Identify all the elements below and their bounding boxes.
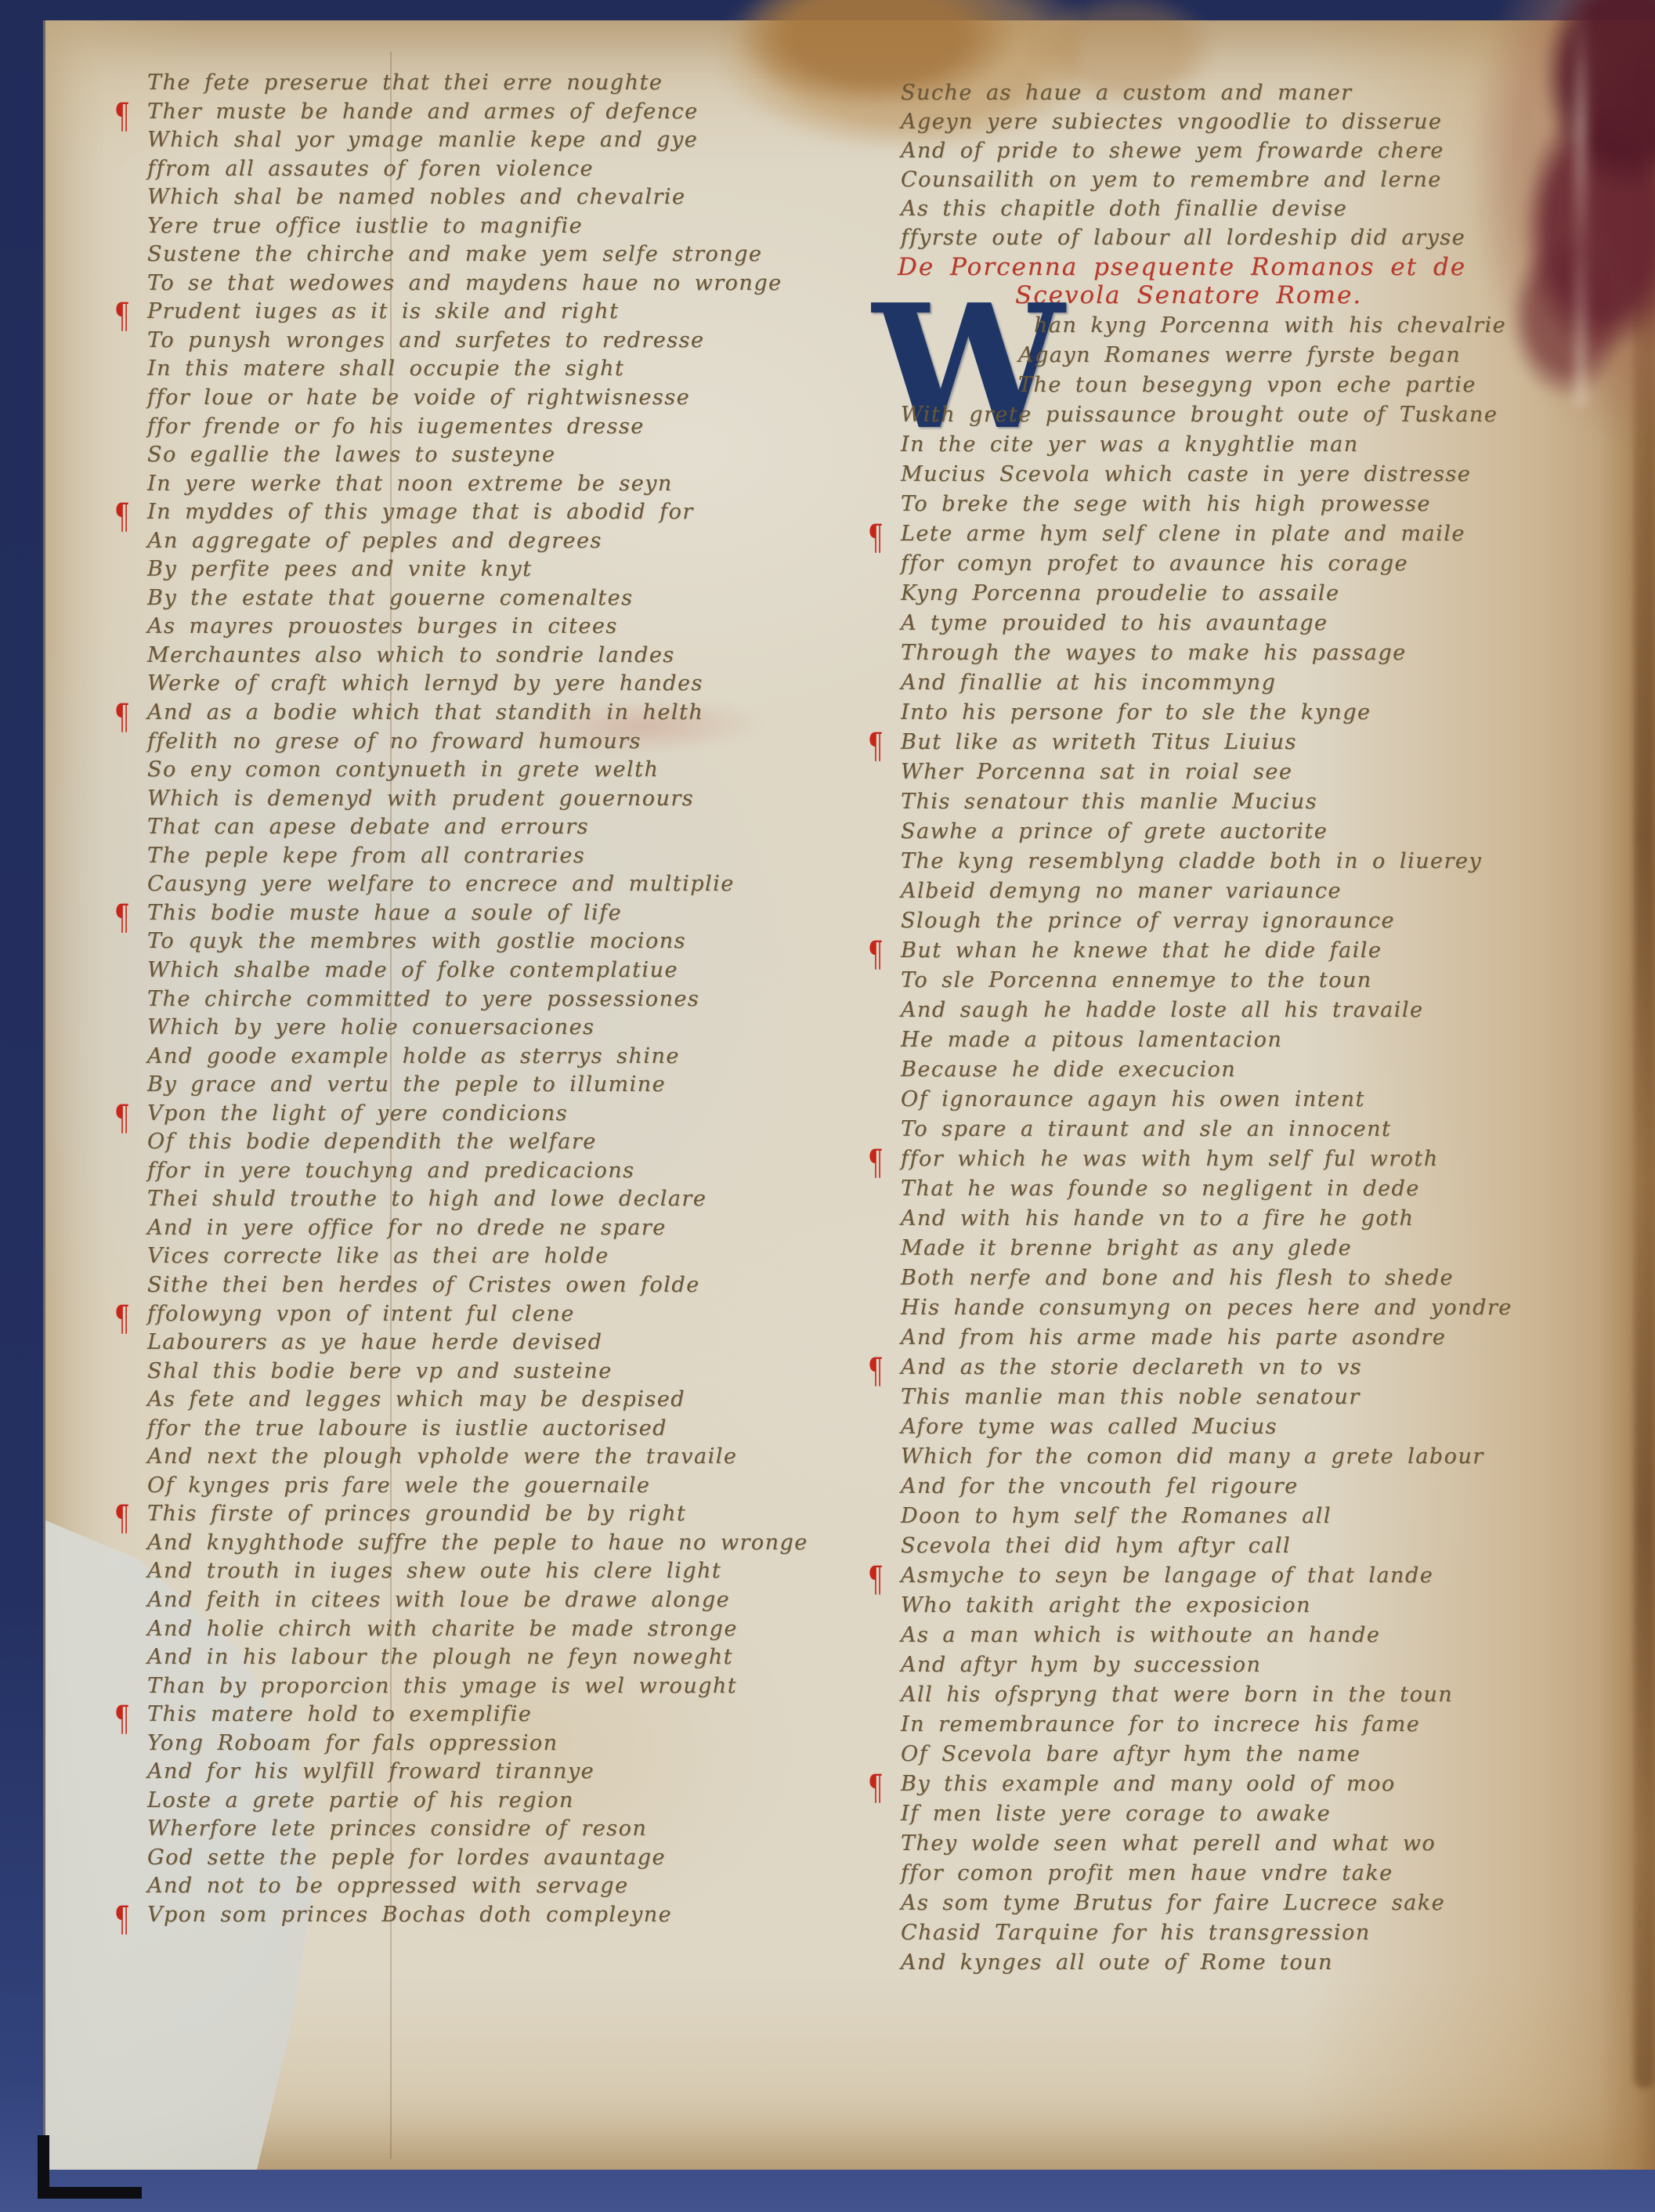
verse-line: That he was founde so negligent in dede xyxy=(871,1174,1654,1204)
line-text: Sustene the chirche and make yem selfe s… xyxy=(147,242,762,266)
verse-line: Which by yere holie conuersaciones xyxy=(117,1014,862,1043)
line-text: By grace and vertu the peple to illumine xyxy=(147,1072,666,1097)
verse-line: They wolde seen what perell and what wo xyxy=(871,1829,1654,1859)
verse-line: ¶This firste of princes groundid be by r… xyxy=(117,1500,862,1529)
line-text: ffor which he was with hym self ful wrot… xyxy=(901,1147,1439,1171)
verse-line: Chasid Tarquine for his transgression xyxy=(871,1918,1654,1948)
verse-line: Loste a grete partie of his region xyxy=(117,1787,862,1816)
line-text: As a man which is withoute an hande xyxy=(901,1623,1380,1647)
line-text: But whan he knewe that he dide faile xyxy=(901,938,1382,963)
line-text: If men liste yere corage to awake xyxy=(901,1802,1331,1826)
line-text: Of Scevola bare aftyr hym the name xyxy=(901,1742,1360,1766)
verse-line: God sette the peple for lordes avauntage xyxy=(117,1844,862,1873)
line-text: In the cite yer was a knyghtlie man xyxy=(901,432,1359,457)
verse-line: By perfite pees and vnite knyt xyxy=(117,555,862,584)
line-text: Albeid demyng no maner variaunce xyxy=(901,879,1342,903)
line-text: Sawhe a prince of grete auctorite xyxy=(901,819,1328,844)
verse-line: The peple kepe from all contraries xyxy=(117,842,862,871)
line-text: Doon to hym self the Romanes all xyxy=(901,1504,1332,1528)
verse-column-left: The fete preserue that thei erre noughte… xyxy=(117,69,862,1930)
line-text: ffolowyng vpon of intent ful clene xyxy=(147,1302,575,1326)
line-text: Which shal be named nobles and chevalrie xyxy=(147,185,686,209)
line-text: Vices correcte like as thei are holde xyxy=(147,1244,609,1268)
verse-line: And knyghthode suffre the peple to haue … xyxy=(117,1529,862,1558)
verse-line: Both nerfe and bone and his flesh to she… xyxy=(871,1263,1654,1293)
line-text: And trouth in iuges shew oute his clere … xyxy=(147,1559,721,1583)
line-text: ffyrste oute of labour all lordeship did… xyxy=(901,226,1465,250)
line-text: Which by yere holie conuersaciones xyxy=(147,1015,594,1039)
line-text: Into his persone for to sle the kynge xyxy=(901,700,1371,725)
verse-line: Counsailith on yem to remembre and lerne xyxy=(871,165,1639,194)
line-text: This matere hold to exemplifie xyxy=(147,1702,532,1726)
verse-line: And from his arme made his parte asondre xyxy=(871,1323,1654,1353)
line-text: And as a bodie which that standith in he… xyxy=(147,700,703,725)
verse-line: His hande consumyng on peces here and yo… xyxy=(871,1293,1654,1323)
line-text: Loste a grete partie of his region xyxy=(147,1788,574,1813)
verse-line: Merchauntes also which to sondrie landes xyxy=(117,642,862,670)
line-text: To se that wedowes and maydens haue no w… xyxy=(147,271,782,295)
line-text: Thei shuld trouthe to high and lowe decl… xyxy=(147,1187,706,1211)
verse-line: ¶And as the storie declareth vn to vs xyxy=(871,1353,1654,1382)
line-text: To punysh wronges and surfetes to redres… xyxy=(147,328,704,352)
pilcrow-mark: ¶ xyxy=(114,1903,131,1938)
line-text: An aggregate of peples and degrees xyxy=(147,529,602,553)
verse-line: ¶Lete arme hym self clene in plate and m… xyxy=(871,519,1654,549)
line-text: Scevola thei did hym aftyr call xyxy=(901,1534,1291,1558)
verse-line: ffyrste oute of labour all lordeship did… xyxy=(871,223,1639,252)
verse-line: Sawhe a prince of grete auctorite xyxy=(871,817,1654,847)
verse-line: Which is demenyd with prudent gouernours xyxy=(117,785,862,814)
line-text: And saugh he hadde loste all his travail… xyxy=(901,998,1423,1022)
line-text: Yong Roboam for fals oppression xyxy=(147,1731,558,1755)
line-text: Both nerfe and bone and his flesh to she… xyxy=(901,1266,1454,1290)
line-text: Who takith aright the exposicion xyxy=(901,1593,1311,1617)
line-text: Which shal yor ymage manlie kepe and gye xyxy=(147,128,698,152)
line-text: In this matere shall occupie the sight xyxy=(147,356,624,381)
verse-line: Of ignoraunce agayn his owen intent xyxy=(871,1085,1654,1115)
verse-line: Of Scevola bare aftyr hym the name xyxy=(871,1740,1654,1769)
line-text: And next the plough vpholde were the tra… xyxy=(147,1444,737,1469)
verse-line: To se that wedowes and maydens haue no w… xyxy=(117,269,862,298)
verse-line: This senatour this manlie Mucius xyxy=(871,787,1654,817)
line-text: And as the storie declareth vn to vs xyxy=(901,1355,1362,1379)
line-text: Counsailith on yem to remembre and lerne xyxy=(901,168,1442,192)
line-text: Chasid Tarquine for his transgression xyxy=(901,1921,1371,1945)
verse-line: And holie chirch with charite be made st… xyxy=(117,1615,862,1644)
line-text: Ther muste be hande and armes of defence xyxy=(147,99,699,124)
verse-line: The toun besegyng vpon eche partie xyxy=(871,370,1654,400)
verse-line: Which shal yor ymage manlie kepe and gye xyxy=(117,126,862,155)
verse-line: ¶But like as writeth Titus Liuius xyxy=(871,728,1654,757)
verse-line: Yere true office iustlie to magnifie xyxy=(117,212,862,241)
verse-line: Shal this bodie bere vp and susteine xyxy=(117,1357,862,1386)
manuscript-photo: { "colors":{ "border_navy":"#243061","pa… xyxy=(0,0,1655,2212)
line-text: Through the wayes to make his passage xyxy=(901,641,1407,665)
line-text: To sle Porcenna ennemye to the toun xyxy=(901,968,1372,992)
verse-line: To punysh wronges and surfetes to redres… xyxy=(117,327,862,356)
verse-line: And kynges all oute of Rome toun xyxy=(871,1948,1654,1978)
verse-line: To breke the sege with his high prowesse xyxy=(871,490,1654,519)
line-text: ffrom all assautes of foren violence xyxy=(147,157,594,181)
line-text: The chirche committed to yere possession… xyxy=(147,987,699,1011)
line-text: Causyng yere welfare to encrece and mult… xyxy=(147,872,735,896)
verse-line: Who takith aright the exposicion xyxy=(871,1591,1654,1621)
verse-line: Which for the comon did many a grete lab… xyxy=(871,1442,1654,1472)
verse-line: Of this bodie dependith the welfare xyxy=(117,1128,862,1157)
line-text: And kynges all oute of Rome toun xyxy=(901,1950,1333,1975)
verse-line: In remembraunce for to increce his fame xyxy=(871,1710,1654,1740)
verse-line: And trouth in iuges shew oute his clere … xyxy=(117,1557,862,1586)
verse-line: And finallie at his incommyng xyxy=(871,668,1654,698)
verse-line: All his ofspryng that were born in the t… xyxy=(871,1680,1654,1710)
verse-line: ¶In myddes of this ymage that is abodid … xyxy=(117,498,862,527)
line-text: And goode example holde as sterrys shine xyxy=(147,1044,680,1068)
verse-line: And not to be oppressed with servage xyxy=(117,1872,862,1901)
line-text: Than by proporcion this ymage is wel wro… xyxy=(147,1674,737,1698)
verse-line: And for his wylfill froward tirannye xyxy=(117,1758,862,1787)
verse-line: As fete and legges which may be despised xyxy=(117,1386,862,1415)
line-text: ffelith no grese of no froward humours xyxy=(147,729,641,754)
verse-line: han kyng Porcenna with his chevalrie xyxy=(871,311,1654,341)
verse-line: Mucius Scevola which caste in yere distr… xyxy=(871,460,1654,490)
verse-line: Which shalbe made of folke contemplatiue xyxy=(117,956,862,985)
line-text: The fete preserue that thei erre noughte xyxy=(147,70,663,95)
line-text: The kyng resemblyng cladde both in o liu… xyxy=(901,849,1482,873)
line-text: Agayn Romanes werre fyrste began xyxy=(1018,343,1461,367)
verse-line: And goode example holde as sterrys shine xyxy=(117,1043,862,1072)
line-text: ffor frende or fo his iugementes dresse xyxy=(147,414,645,439)
line-text: To quyk the membres with gostlie mocions xyxy=(147,929,686,953)
verse-line: By the estate that gouerne comenaltes xyxy=(117,584,862,613)
line-text: So eny comon contynueth in grete welth xyxy=(147,757,659,782)
line-text: And with his hande vn to a fire he goth xyxy=(901,1206,1414,1231)
verse-line: Into his persone for to sle the kynge xyxy=(871,698,1654,728)
line-text: As mayres prouostes burges in citees xyxy=(147,614,618,638)
verse-line: And feith in citees with loue be drawe a… xyxy=(117,1586,862,1615)
verse-line: Wher Porcenna sat in roial see xyxy=(871,757,1654,787)
verse-line: That can apese debate and errours xyxy=(117,813,862,842)
verse-line: Werke of craft which lernyd by yere hand… xyxy=(117,670,862,699)
line-text: In remembraunce for to increce his fame xyxy=(901,1712,1420,1737)
line-text: By perfite pees and vnite knyt xyxy=(147,557,532,581)
verse-line: By grace and vertu the peple to illumine xyxy=(117,1071,862,1100)
line-text: Of kynges pris fare wele the gouernaile xyxy=(147,1473,650,1498)
verse-line: Thei shuld trouthe to high and lowe decl… xyxy=(117,1185,862,1214)
line-text: Werke of craft which lernyd by yere hand… xyxy=(147,671,703,696)
verse-line: If men liste yere corage to awake xyxy=(871,1799,1654,1829)
verse-line: ffelith no grese of no froward humours xyxy=(117,728,862,757)
line-text: In myddes of this ymage that is abodid f… xyxy=(147,500,694,524)
line-text: Merchauntes also which to sondrie landes xyxy=(147,643,675,667)
line-text: Which is demenyd with prudent gouernours xyxy=(147,786,694,811)
line-text: To spare a tiraunt and sle an innocent xyxy=(901,1117,1391,1141)
line-text: That he was founde so negligent in dede xyxy=(901,1176,1420,1201)
verse-column-right-main: han kyng Porcenna with his chevalrieAgay… xyxy=(871,311,1654,1978)
line-text: They wolde seen what perell and what wo xyxy=(901,1831,1436,1856)
verse-line: ffor comyn profet to avaunce his corage xyxy=(871,549,1654,579)
line-text: And holie chirch with charite be made st… xyxy=(147,1617,738,1641)
line-text: Prudent iuges as it is skile and right xyxy=(147,299,619,323)
line-text: Vpon the light of yere condicions xyxy=(147,1101,568,1126)
verse-line: And in yere office for no drede ne spare xyxy=(117,1214,862,1243)
verse-line: Sustene the chirche and make yem selfe s… xyxy=(117,240,862,269)
line-text: To breke the sege with his high prowesse xyxy=(901,492,1431,516)
verse-line: Labourers as ye haue herde devised xyxy=(117,1328,862,1357)
line-text: Labourers as ye haue herde devised xyxy=(147,1330,602,1354)
line-text: And for the vncouth fel rigoure xyxy=(901,1474,1299,1498)
line-text: And in his labour the plough ne feyn now… xyxy=(147,1645,733,1669)
verse-line: And for the vncouth fel rigoure xyxy=(871,1472,1654,1502)
verse-line: ¶This bodie muste haue a soule of life xyxy=(117,899,862,928)
verse-line: ¶Vpon som princes Bochas doth compleyne xyxy=(117,1901,862,1930)
line-text: han kyng Porcenna with his chevalrie xyxy=(1034,313,1506,338)
line-text: And not to be oppressed with servage xyxy=(147,1874,629,1898)
verse-line: As a man which is withoute an hande xyxy=(871,1621,1654,1650)
verse-line: To quyk the membres with gostlie mocions xyxy=(117,927,862,956)
verse-line: ¶ffolowyng vpon of intent ful clene xyxy=(117,1300,862,1329)
verse-line: ffor in yere touchyng and predicacions xyxy=(117,1157,862,1186)
verse-line: Agayn Romanes werre fyrste began xyxy=(871,341,1654,370)
line-text: Mucius Scevola which caste in yere distr… xyxy=(901,462,1471,486)
line-text: ffor comon profit men haue vndre take xyxy=(901,1861,1393,1885)
verse-line: To sle Porcenna ennemye to the toun xyxy=(871,966,1654,996)
verse-line: With grete puissaunce brought oute of Tu… xyxy=(871,400,1654,430)
verse-line: Which shal be named nobles and chevalrie xyxy=(117,183,862,212)
line-text: Of this bodie dependith the welfare xyxy=(147,1129,597,1154)
line-text: And from his arme made his parte asondre xyxy=(901,1325,1446,1350)
verse-line: And with his hande vn to a fire he goth xyxy=(871,1204,1654,1234)
line-text: And knyghthode suffre the peple to haue … xyxy=(147,1531,808,1555)
line-text: And feith in citees with loue be drawe a… xyxy=(147,1588,730,1612)
verse-line: ¶Vpon the light of yere condicions xyxy=(117,1100,862,1129)
verse-line: Ageyn yere subiectes vngoodlie to disser… xyxy=(871,107,1639,136)
verse-line: Causyng yere welfare to encrece and mult… xyxy=(117,870,862,899)
verse-line: He made a pitous lamentacion xyxy=(871,1025,1654,1055)
verse-line: ffor frende or fo his iugementes dresse xyxy=(117,413,862,442)
verse-line: This manlie man this noble senatour xyxy=(871,1382,1654,1412)
verse-column-right-intro: Suche as haue a custom and manerAgeyn ye… xyxy=(871,78,1639,252)
line-text: In yere werke that noon extreme be seyn xyxy=(147,472,673,496)
verse-line: ¶This matere hold to exemplifie xyxy=(117,1701,862,1729)
line-text: And of pride to shewe yem frowarde chere xyxy=(901,139,1444,163)
line-text: ffor comyn profet to avaunce his corage xyxy=(901,551,1408,576)
line-text: Shal this bodie bere vp and susteine xyxy=(147,1359,612,1383)
verse-line: Slough the prince of verray ignoraunce xyxy=(871,906,1654,936)
verse-line: In this matere shall occupie the sight xyxy=(117,355,862,384)
verse-line: Afore tyme was called Mucius xyxy=(871,1412,1654,1442)
verse-line: Made it brenne bright as any glede xyxy=(871,1234,1654,1263)
line-text: Of ignoraunce agayn his owen intent xyxy=(901,1087,1365,1111)
verse-line: To spare a tiraunt and sle an innocent xyxy=(871,1115,1654,1144)
line-text: And finallie at his incommyng xyxy=(901,670,1276,695)
line-text: Wherfore lete princes considre of reson xyxy=(147,1816,647,1841)
verse-line: The kyng resemblyng cladde both in o liu… xyxy=(871,847,1654,876)
verse-line: ffor the true laboure is iustlie auctori… xyxy=(117,1415,862,1444)
line-text: This bodie muste haue a soule of life xyxy=(147,901,622,925)
line-text: ffor the true laboure is iustlie auctori… xyxy=(147,1416,667,1440)
line-text: Suche as haue a custom and maner xyxy=(901,81,1353,105)
line-text: The toun besegyng vpon eche partie xyxy=(1018,373,1476,397)
verse-line: Vices correcte like as thei are holde xyxy=(117,1242,862,1271)
verse-line: Of kynges pris fare wele the gouernaile xyxy=(117,1472,862,1501)
verse-line: Sithe thei ben herdes of Cristes owen fo… xyxy=(117,1271,862,1300)
line-text: All his ofspryng that were born in the t… xyxy=(901,1682,1453,1707)
verse-line: In the cite yer was a knyghtlie man xyxy=(871,430,1654,460)
line-text: So egallie the lawes to susteyne xyxy=(147,443,555,467)
verse-line: Doon to hym self the Romanes all xyxy=(871,1502,1654,1531)
line-text: The peple kepe from all contraries xyxy=(147,844,585,868)
verse-line: ffrom all assautes of foren violence xyxy=(117,155,862,184)
verse-line: And in his labour the plough ne feyn now… xyxy=(117,1643,862,1672)
verse-line: ¶But whan he knewe that he dide faile xyxy=(871,936,1654,966)
line-text: This firste of princes groundid be by ri… xyxy=(147,1502,686,1526)
line-text: As som tyme Brutus for faire Lucrece sak… xyxy=(901,1891,1445,1915)
line-text: Slough the prince of verray ignoraunce xyxy=(901,909,1395,933)
verse-line: The fete preserue that thei erre noughte xyxy=(117,69,862,98)
line-text: Yere true office iustlie to magnifie xyxy=(147,214,583,238)
line-text: As this chapitle doth finallie devise xyxy=(901,197,1347,221)
verse-line: ¶Ther muste be hande and armes of defenc… xyxy=(117,98,862,127)
line-text: This senatour this manlie Mucius xyxy=(901,790,1317,814)
line-text: With grete puissaunce brought oute of Tu… xyxy=(901,403,1498,427)
verse-line: Suche as haue a custom and maner xyxy=(871,78,1639,107)
line-text: Kyng Porcenna proudelie to assaile xyxy=(901,581,1340,605)
verse-line: The chirche committed to yere possession… xyxy=(117,985,862,1014)
line-text: But like as writeth Titus Liuius xyxy=(901,730,1297,754)
line-text: ffor loue or hate be voide of rightwisne… xyxy=(147,385,690,410)
verse-line: So egallie the lawes to susteyne xyxy=(117,441,862,470)
line-text: God sette the peple for lordes avauntage xyxy=(147,1845,666,1870)
verse-line: Through the wayes to make his passage xyxy=(871,638,1654,668)
verse-line: Kyng Porcenna proudelie to assaile xyxy=(871,579,1654,609)
line-text: And aftyr hym by succession xyxy=(901,1653,1261,1677)
verse-line: As som tyme Brutus for faire Lucrece sak… xyxy=(871,1889,1654,1918)
line-text: Sithe thei ben herdes of Cristes owen fo… xyxy=(147,1273,700,1297)
verse-line: In yere werke that noon extreme be seyn xyxy=(117,470,862,499)
line-text: Asmyche to seyn be langage of that lande xyxy=(901,1563,1433,1588)
verse-line: As mayres prouostes burges in citees xyxy=(117,613,862,642)
verse-line: ¶And as a bodie which that standith in h… xyxy=(117,699,862,728)
verse-line: ffor comon profit men haue vndre take xyxy=(871,1859,1654,1889)
verse-line: And saugh he hadde loste all his travail… xyxy=(871,996,1654,1025)
line-text: Which shalbe made of folke contemplatiue xyxy=(147,958,678,982)
verse-line: A tyme prouided to his avauntage xyxy=(871,609,1654,638)
line-text: Because he dide execucion xyxy=(901,1057,1236,1082)
line-text: ffor in yere touchyng and predicacions xyxy=(147,1158,634,1183)
verse-line: An aggregate of peples and degrees xyxy=(117,527,862,556)
line-text: A tyme prouided to his avauntage xyxy=(901,611,1328,635)
line-text: Which for the comon did many a grete lab… xyxy=(901,1444,1484,1469)
verse-line: As this chapitle doth finallie devise xyxy=(871,194,1639,223)
line-text: By this example and many oold of moo xyxy=(901,1772,1396,1796)
line-text: As fete and legges which may be despised xyxy=(147,1387,685,1411)
verse-line: So eny comon contynueth in grete welth xyxy=(117,756,862,785)
line-text: His hande consumyng on peces here and yo… xyxy=(901,1296,1512,1320)
verse-line: And aftyr hym by succession xyxy=(871,1650,1654,1680)
line-text: Afore tyme was called Mucius xyxy=(901,1415,1277,1439)
verse-line: Than by proporcion this ymage is wel wro… xyxy=(117,1672,862,1701)
verse-line: Wherfore lete princes considre of reson xyxy=(117,1815,862,1844)
verse-line: Scevola thei did hym aftyr call xyxy=(871,1531,1654,1561)
line-text: This manlie man this noble senatour xyxy=(901,1385,1360,1409)
line-text: That can apese debate and errours xyxy=(147,815,589,839)
verse-line: And next the plough vpholde were the tra… xyxy=(117,1443,862,1472)
line-text: And for his wylfill froward tirannye xyxy=(147,1759,594,1784)
verse-line: ¶By this example and many oold of moo xyxy=(871,1769,1654,1799)
line-text: Made it brenne bright as any glede xyxy=(901,1236,1352,1260)
line-text: By the estate that gouerne comenaltes xyxy=(147,586,633,610)
verse-line: And of pride to shewe yem frowarde chere xyxy=(871,136,1639,165)
line-text: Vpon som princes Bochas doth compleyne xyxy=(147,1903,672,1927)
line-text: And in yere office for no drede ne spare xyxy=(147,1216,667,1240)
line-text: Lete arme hym self clene in plate and ma… xyxy=(901,522,1465,546)
verse-line: ¶Asmyche to seyn be langage of that land… xyxy=(871,1561,1654,1591)
line-text: Ageyn yere subiectes vngoodlie to disser… xyxy=(901,110,1442,134)
verse-line: Because he dide execucion xyxy=(871,1055,1654,1085)
verse-line: ffor loue or hate be voide of rightwisne… xyxy=(117,384,862,413)
verse-line: ¶ffor which he was with hym self ful wro… xyxy=(871,1144,1654,1174)
line-text: Wher Porcenna sat in roial see xyxy=(901,760,1292,784)
verse-line: Albeid demyng no maner variaunce xyxy=(871,876,1654,906)
verse-line: Yong Roboam for fals oppression xyxy=(117,1729,862,1758)
verse-line: ¶Prudent iuges as it is skile and right xyxy=(117,298,862,327)
line-text: He made a pitous lamentacion xyxy=(901,1028,1282,1052)
